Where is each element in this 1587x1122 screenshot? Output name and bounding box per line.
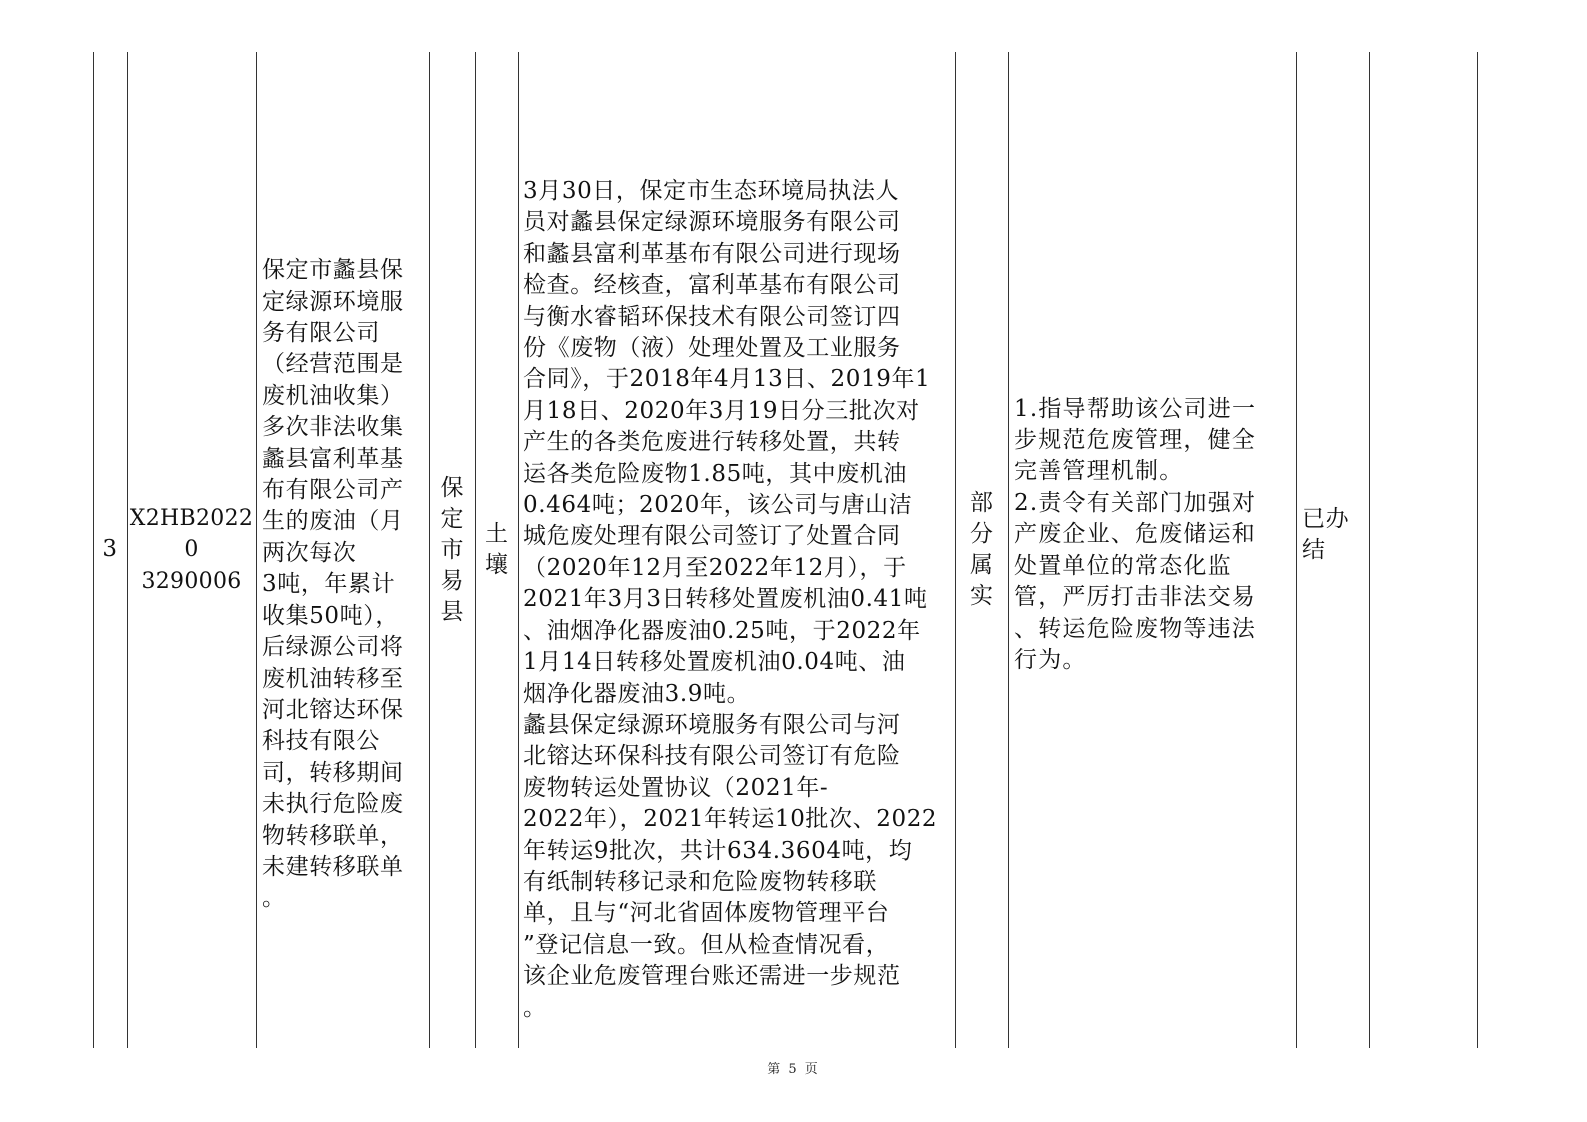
case-id: X2HB20220 3290006 [127, 503, 256, 597]
page-number: 第 5 页 [0, 1058, 1587, 1077]
pollution-type: 土壤 [484, 519, 510, 581]
location-cell: 保定市易县 [429, 52, 475, 1048]
status-cell: 已办 结 [1296, 52, 1369, 1048]
table-border-right [1477, 52, 1478, 1048]
document-page: 3 X2HB20220 3290006 保定市蠡县保 定绿源环境服 务有限公司 … [0, 0, 1587, 1122]
complaint-cell: 保定市蠡县保 定绿源环境服 务有限公司 （经营范围是 废机油收集） 多次非法收集… [256, 52, 429, 1048]
location: 保定市易县 [439, 473, 465, 628]
complaint-content: 保定市蠡县保 定绿源环境服 务有限公司 （经营范围是 废机油收集） 多次非法收集… [262, 255, 404, 915]
rectification-cell: 1.指导帮助该公司进一 步规范危废管理，健全 完善管理机制。 2.责令有关部门加… [1008, 52, 1296, 1048]
investigation-cell: 3月30日，保定市生态环境局执法人 员对蠡县保定绿源环境服务有限公司 和蠡县富利… [518, 52, 955, 1048]
rectification-content: 1.指导帮助该公司进一 步规范危废管理，健全 完善管理机制。 2.责令有关部门加… [1014, 394, 1256, 677]
pollution-type-cell: 土壤 [475, 52, 518, 1048]
verdict: 部分属实 [969, 488, 995, 612]
table-row: 3 [93, 52, 127, 1048]
case-id-cell: X2HB20220 3290006 [127, 52, 256, 1048]
row-index: 3 [102, 534, 117, 565]
investigation-content: 3月30日，保定市生态环境局执法人 员对蠡县保定绿源环境服务有限公司 和蠡县富利… [523, 176, 937, 1024]
accountability-cell [1369, 52, 1477, 1048]
status: 已办 结 [1302, 504, 1349, 567]
verdict-cell: 部分属实 [955, 52, 1008, 1048]
